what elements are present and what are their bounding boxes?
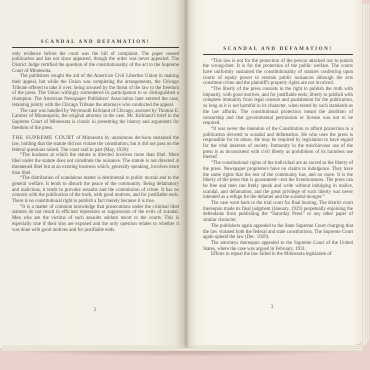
left-running-head: SCANDAL AND DEFAMATION! — [12, 40, 179, 45]
book-photo: SCANDAL AND DEFAMATION! only evidence be… — [0, 0, 370, 370]
page-stack-right-edge — [361, 4, 369, 346]
left-page-content: SCANDAL AND DEFAMATION! only evidence be… — [12, 40, 179, 233]
left-page-text: only evidence before the court was the b… — [12, 52, 179, 234]
paragraph: The case was handled by Weymouth Kirklan… — [12, 109, 179, 132]
quote-paragraph: “This law is not for the protection of t… — [203, 59, 353, 88]
quote-paragraph: “It was never the intention of the Const… — [203, 127, 353, 161]
paragraph: only evidence before the court was the b… — [12, 52, 179, 75]
quote-paragraph: “The distribution of scandalous matter i… — [12, 176, 179, 205]
right-page-number: 3 — [252, 305, 292, 310]
paragraph: The publishers again appealed to the Sta… — [203, 224, 353, 241]
paragraph: The case went back to the trial court fo… — [203, 201, 353, 224]
right-page-content: SCANDAL AND DEFAMATION! “This law is not… — [203, 47, 353, 258]
right-running-head: SCANDAL AND DEFAMATION! — [203, 47, 353, 52]
left-page-number: 2 — [75, 308, 115, 313]
right-page-text: “This law is not for the protection of t… — [203, 59, 353, 259]
left-head-rule — [12, 47, 179, 48]
section-lead-caps: THE SUPREME COURT — [12, 135, 74, 141]
paragraph: Efforts to repeal the law failed in the … — [203, 252, 353, 258]
quote-paragraph: “The liberty of the press consists in th… — [203, 87, 353, 127]
right-head-rule — [203, 54, 353, 55]
quote-paragraph: “It is a matter of common knowledge that… — [12, 205, 179, 234]
quote-paragraph: “The constitutional rights of the indivi… — [203, 161, 353, 201]
section-start-paragraph: THE SUPREME COURT of Minnesota by unanim… — [12, 136, 179, 153]
paragraph: The attorneys thereupon appealed to the … — [203, 241, 353, 252]
page-stack-bottom-edge — [2, 345, 363, 351]
paragraph: The publishers sought the aid of the Ame… — [12, 74, 179, 108]
book-spread: SCANDAL AND DEFAMATION! only evidence be… — [0, 0, 370, 352]
quote-paragraph: “The business at which the statute is di… — [12, 153, 179, 176]
